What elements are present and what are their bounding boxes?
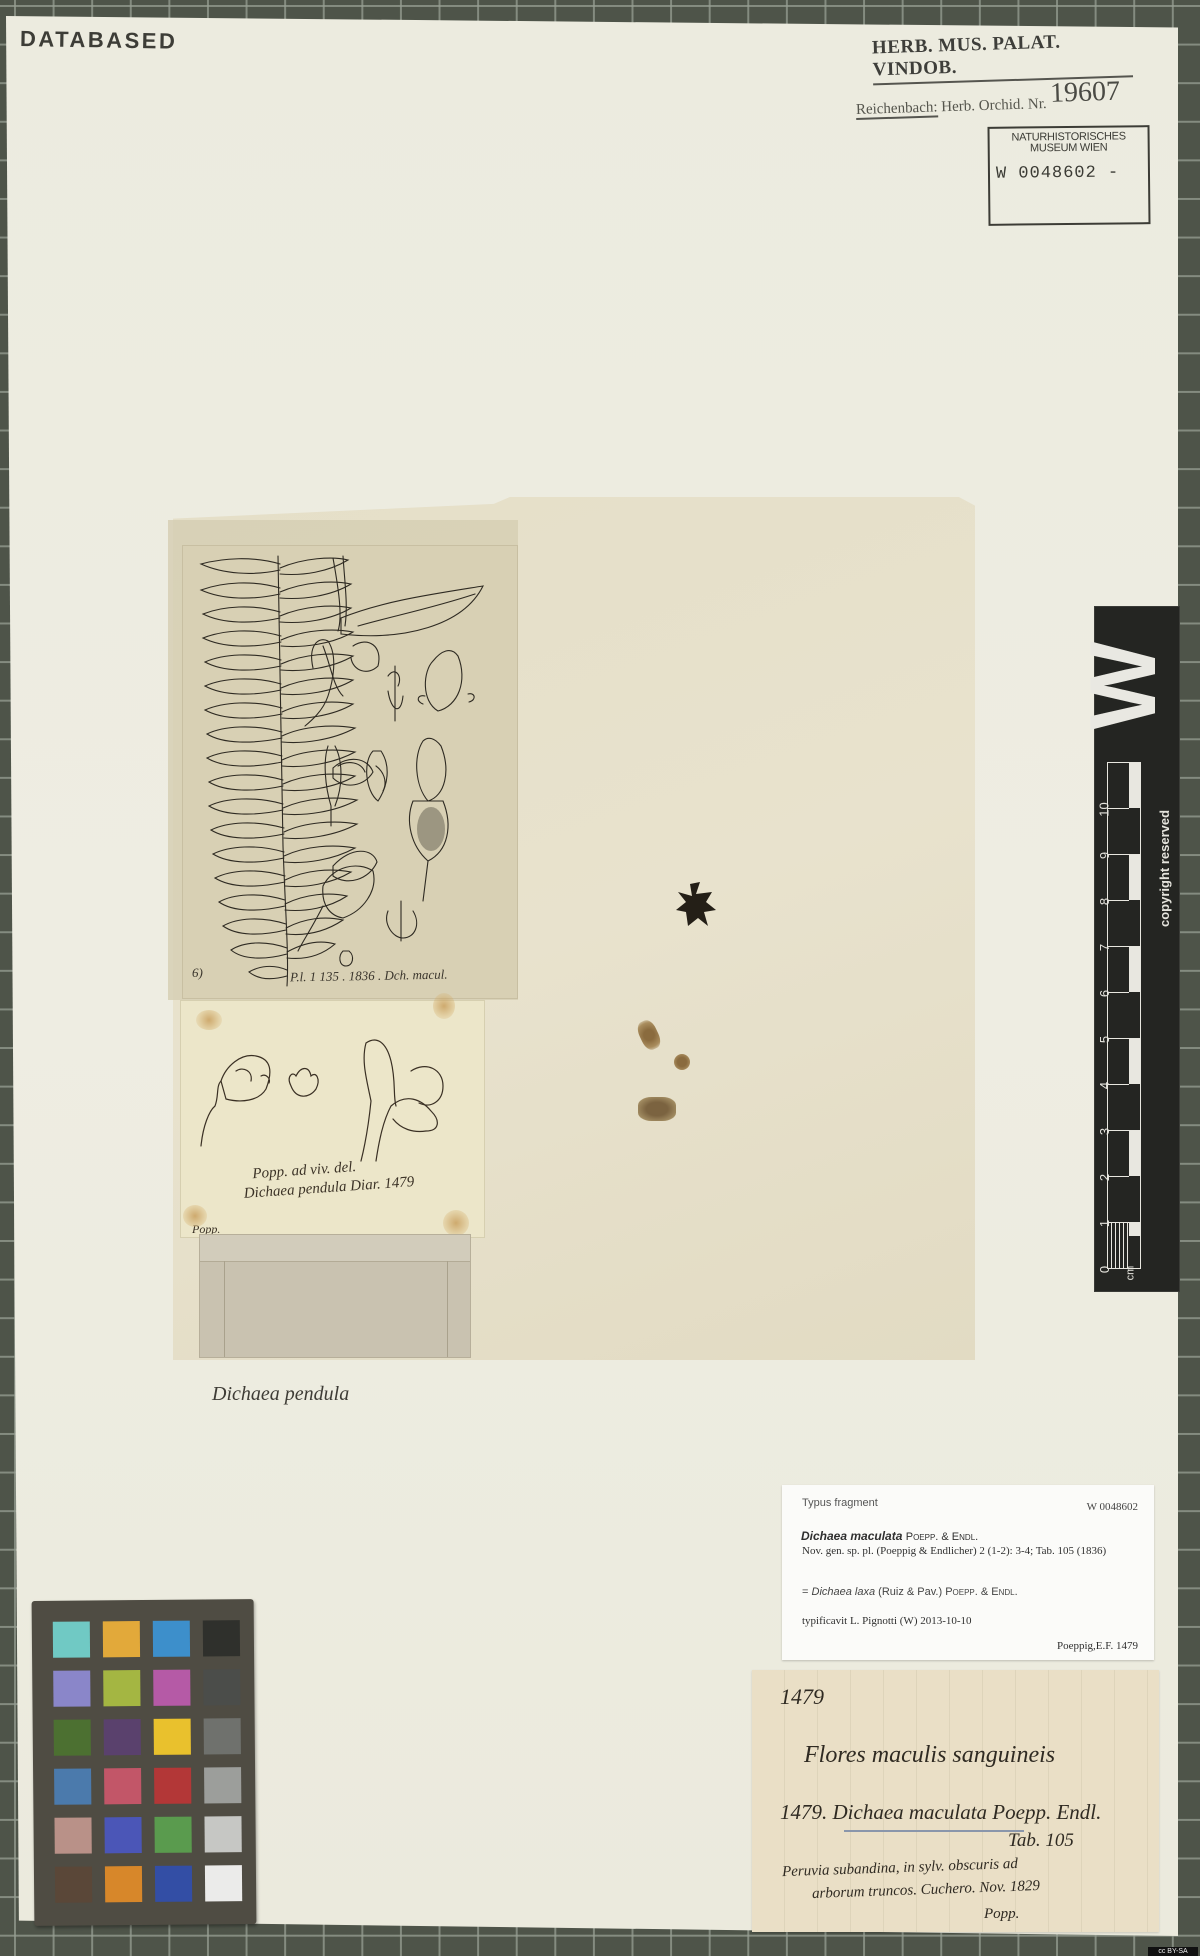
color-patch xyxy=(205,1865,242,1901)
license-badge: cc BY-SA xyxy=(1148,1947,1198,1956)
ruler-bar xyxy=(1129,762,1141,808)
color-patch xyxy=(104,1719,141,1755)
color-patch xyxy=(53,1621,90,1657)
ruler-bar xyxy=(1129,854,1141,900)
collector-label-line3: Tab. 105 xyxy=(1008,1830,1074,1852)
color-patch xyxy=(103,1621,140,1657)
color-patch xyxy=(54,1719,91,1755)
flower-sketch-icon xyxy=(181,1001,484,1237)
synonym-prefix: = xyxy=(802,1586,808,1598)
synonym-basionym-author: (Ruiz & Pav.) xyxy=(878,1586,942,1598)
ruler-copyright: copyright reserved xyxy=(1157,810,1172,927)
taxon-author: Poepp. & Endl. xyxy=(906,1531,978,1543)
color-patch xyxy=(153,1621,190,1657)
herbarium-stamp-prefix: Reichenbach: xyxy=(856,99,938,120)
synonym-author: Poepp. & Endl. xyxy=(945,1586,1017,1598)
ruler-tick-5: 5 xyxy=(1097,1036,1112,1043)
ruler-bar xyxy=(1129,1222,1141,1236)
species-annotation: Dichaea pendula xyxy=(212,1383,349,1406)
collector-label-line4: Peruvia subandina, in sylv. obscuris ad xyxy=(782,1856,1018,1881)
color-patch xyxy=(155,1866,192,1902)
collector-label-line1: Flores maculis sanguineis xyxy=(804,1742,1055,1769)
herbarium-number: 19607 xyxy=(1050,76,1121,109)
flower-sketch-sheet xyxy=(180,1000,485,1238)
color-patch xyxy=(53,1670,90,1706)
ruler-tick-9: 9 xyxy=(1097,852,1112,859)
specimen-fragment xyxy=(674,1054,690,1070)
ruler-bar xyxy=(1129,946,1141,992)
color-patch xyxy=(154,1768,191,1804)
type-label-barcode-id: W 0048602 xyxy=(1087,1501,1138,1513)
collector-label-number: 1479 xyxy=(780,1684,824,1710)
drawing-caption: P.l. 1 135 . 1836 . Dch. macul. xyxy=(290,967,448,986)
pencil-underline xyxy=(844,1830,1024,1832)
color-patch xyxy=(203,1620,240,1656)
ruler-bar xyxy=(1129,1038,1141,1084)
color-patch xyxy=(54,1817,91,1853)
type-label: Typus fragment W 0048602 Dichaea maculat… xyxy=(782,1485,1154,1660)
ruler-unit: cm xyxy=(1124,1266,1136,1281)
publication-reference: Nov. gen. sp. pl. (Poeppig & Endlicher) … xyxy=(802,1545,1142,1558)
foxing-stain xyxy=(183,1205,207,1227)
collector-label-line2: 1479. Dichaea maculata Poepp. Endl. xyxy=(780,1800,1101,1825)
synonym: = Dichaea laxa (Ruiz & Pav.) Poepp. & En… xyxy=(802,1586,1018,1598)
color-patch xyxy=(153,1670,190,1706)
ruler-tick-0: 0 xyxy=(1097,1266,1112,1273)
collector-label: 1479 Flores maculis sanguineis 1479. Dic… xyxy=(752,1670,1159,1932)
ruler-tick-3: 3 xyxy=(1097,1128,1112,1135)
collector-label-line5: arborum truncos. Cuchero. Nov. 1829 xyxy=(812,1878,1040,1903)
specimen-fragment xyxy=(638,1097,676,1121)
type-status: Typus fragment xyxy=(802,1497,878,1509)
synonym-taxon: Dichaea laxa xyxy=(812,1586,876,1598)
color-patch xyxy=(154,1817,191,1853)
ruler-tick-10: 10 xyxy=(1097,802,1112,816)
color-patch xyxy=(104,1768,141,1804)
specimen-fragment-icon xyxy=(672,880,722,932)
museum-name: NATURHISTORISCHES MUSEUM WIEN xyxy=(990,131,1148,155)
type-taxon: Dichaea maculata Poepp. & Endl. xyxy=(801,1529,978,1543)
orchid-illustration-icon xyxy=(183,546,517,998)
ruler-logo: W xyxy=(1088,660,1188,730)
scale-ruler: W 0 1 2 3 4 5 6 7 8 9 10 cm copyright re… xyxy=(1094,606,1180,1292)
ruler-bar xyxy=(1129,1130,1141,1176)
color-patch xyxy=(204,1816,241,1852)
museum-name-line2: MUSEUM WIEN xyxy=(990,142,1148,155)
envelope-fold xyxy=(224,1261,225,1357)
accession-number: W 0048602 - xyxy=(996,163,1148,184)
envelope-fold xyxy=(447,1261,448,1357)
ruler-tick-8: 8 xyxy=(1097,898,1112,905)
color-calibration-chart xyxy=(32,1599,257,1926)
botanical-drawing-plate xyxy=(182,545,518,999)
ruler-tick-2: 2 xyxy=(1097,1174,1112,1181)
foxing-stain xyxy=(433,993,455,1019)
ruler-tick-7: 7 xyxy=(1097,944,1112,951)
color-patch xyxy=(104,1817,141,1853)
typification: typificavit L. Pignotti (W) 2013-10-10 xyxy=(802,1615,972,1627)
foxing-stain xyxy=(443,1210,469,1236)
color-patch xyxy=(203,1669,240,1705)
color-patch xyxy=(204,1718,241,1754)
ruler-mm-ticks xyxy=(1107,1222,1129,1268)
ruler-tick-6: 6 xyxy=(1097,990,1112,997)
databased-stamp: DATABASED xyxy=(20,26,178,55)
color-patch xyxy=(54,1768,91,1804)
herbarium-stamp: HERB. MUS. PALAT. VINDOB. Reichenbach: H… xyxy=(854,29,1135,122)
fragment-envelope[interactable] xyxy=(199,1234,471,1358)
collector-number: Poeppig,E.F. 1479 xyxy=(1057,1640,1138,1652)
taxon-name: Dichaea maculata xyxy=(801,1529,902,1543)
collector-label-signature: Popp. xyxy=(984,1906,1019,1923)
envelope-flap xyxy=(200,1235,470,1262)
herbarium-stamp-rest: Herb. Orchid. Nr. xyxy=(941,96,1047,115)
color-patch xyxy=(103,1670,140,1706)
color-patch xyxy=(55,1866,92,1902)
drawing-plate-number: 6) xyxy=(192,965,203,981)
color-patch xyxy=(154,1719,191,1755)
ruler-outline xyxy=(1107,762,1141,1269)
foxing-stain xyxy=(196,1010,222,1030)
ruler-tick-4: 4 xyxy=(1097,1082,1112,1089)
ruler-tick-1: 1 xyxy=(1097,1220,1112,1227)
color-patch xyxy=(204,1767,241,1803)
ruler-scale xyxy=(1107,762,1141,1269)
museum-accession-stamp: NATURHISTORISCHES MUSEUM WIEN W 0048602 … xyxy=(987,125,1150,226)
color-patch xyxy=(105,1866,142,1902)
